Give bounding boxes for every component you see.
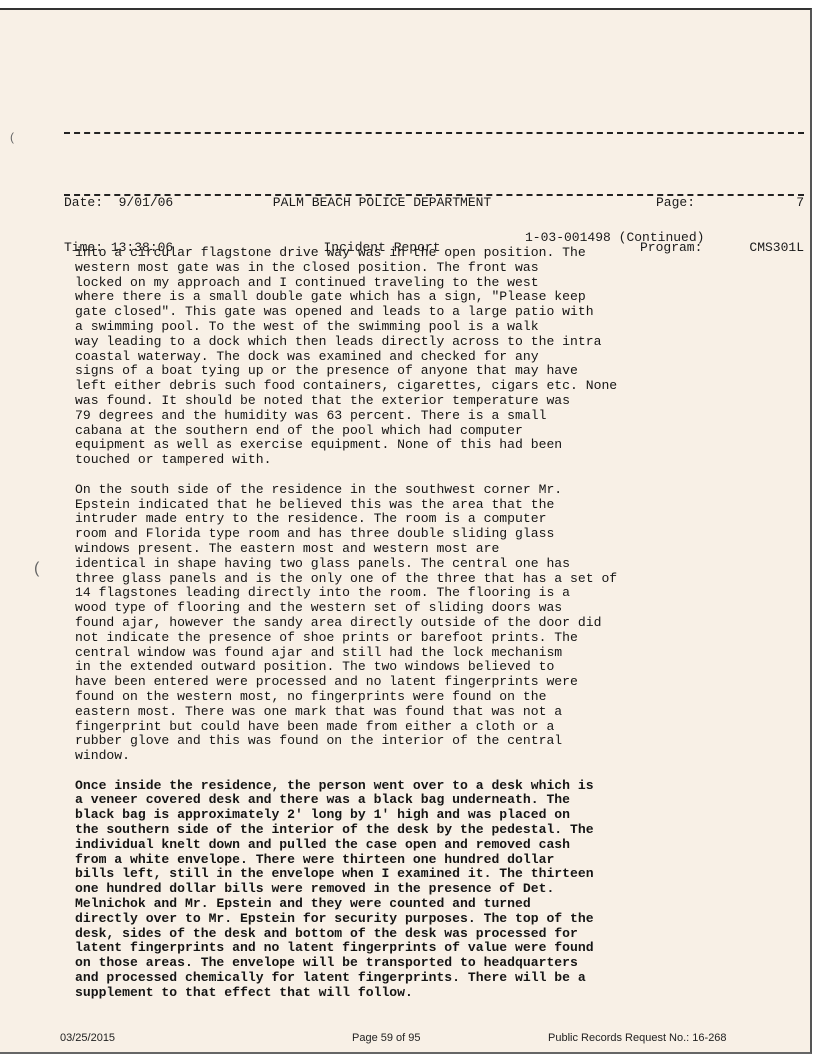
footer-records-request: Public Records Request No.: 16-268 — [548, 1032, 727, 1044]
case-number-line: 1-03-001498 (Continued) — [525, 230, 704, 245]
scan-mark-icon: ( — [34, 560, 39, 578]
narrative-paragraph: Once inside the residence, the person we… — [75, 779, 795, 1001]
page-label: Page: — [640, 195, 695, 210]
case-status: (Continued) — [619, 230, 705, 245]
page-value: 7 — [796, 195, 804, 210]
narrative-paragraph: into a circular flagstone drive way was … — [75, 246, 795, 468]
narrative-paragraph: On the south side of the residence in th… — [75, 483, 795, 764]
report-body: into a circular flagstone drive way was … — [75, 246, 795, 1015]
date-line: Date: 9/01/06 — [64, 195, 173, 210]
header-top-divider — [64, 132, 804, 134]
page-line: Page: 7 — [640, 195, 804, 210]
scan-mark-icon: ( — [10, 130, 14, 144]
agency-name: PALM BEACH POLICE DEPARTMENT — [232, 195, 532, 210]
date-label: Date: — [64, 195, 103, 210]
footer-page-number: Page 59 of 95 — [352, 1032, 421, 1044]
header-bottom-divider — [64, 194, 804, 196]
footer-date: 03/25/2015 — [60, 1032, 115, 1044]
document-page: Date: 9/01/06 Time: 13:38:06 PALM BEACH … — [0, 8, 812, 1054]
date-value: 9/01/06 — [119, 195, 174, 210]
case-number: 1-03-001498 — [525, 230, 611, 245]
